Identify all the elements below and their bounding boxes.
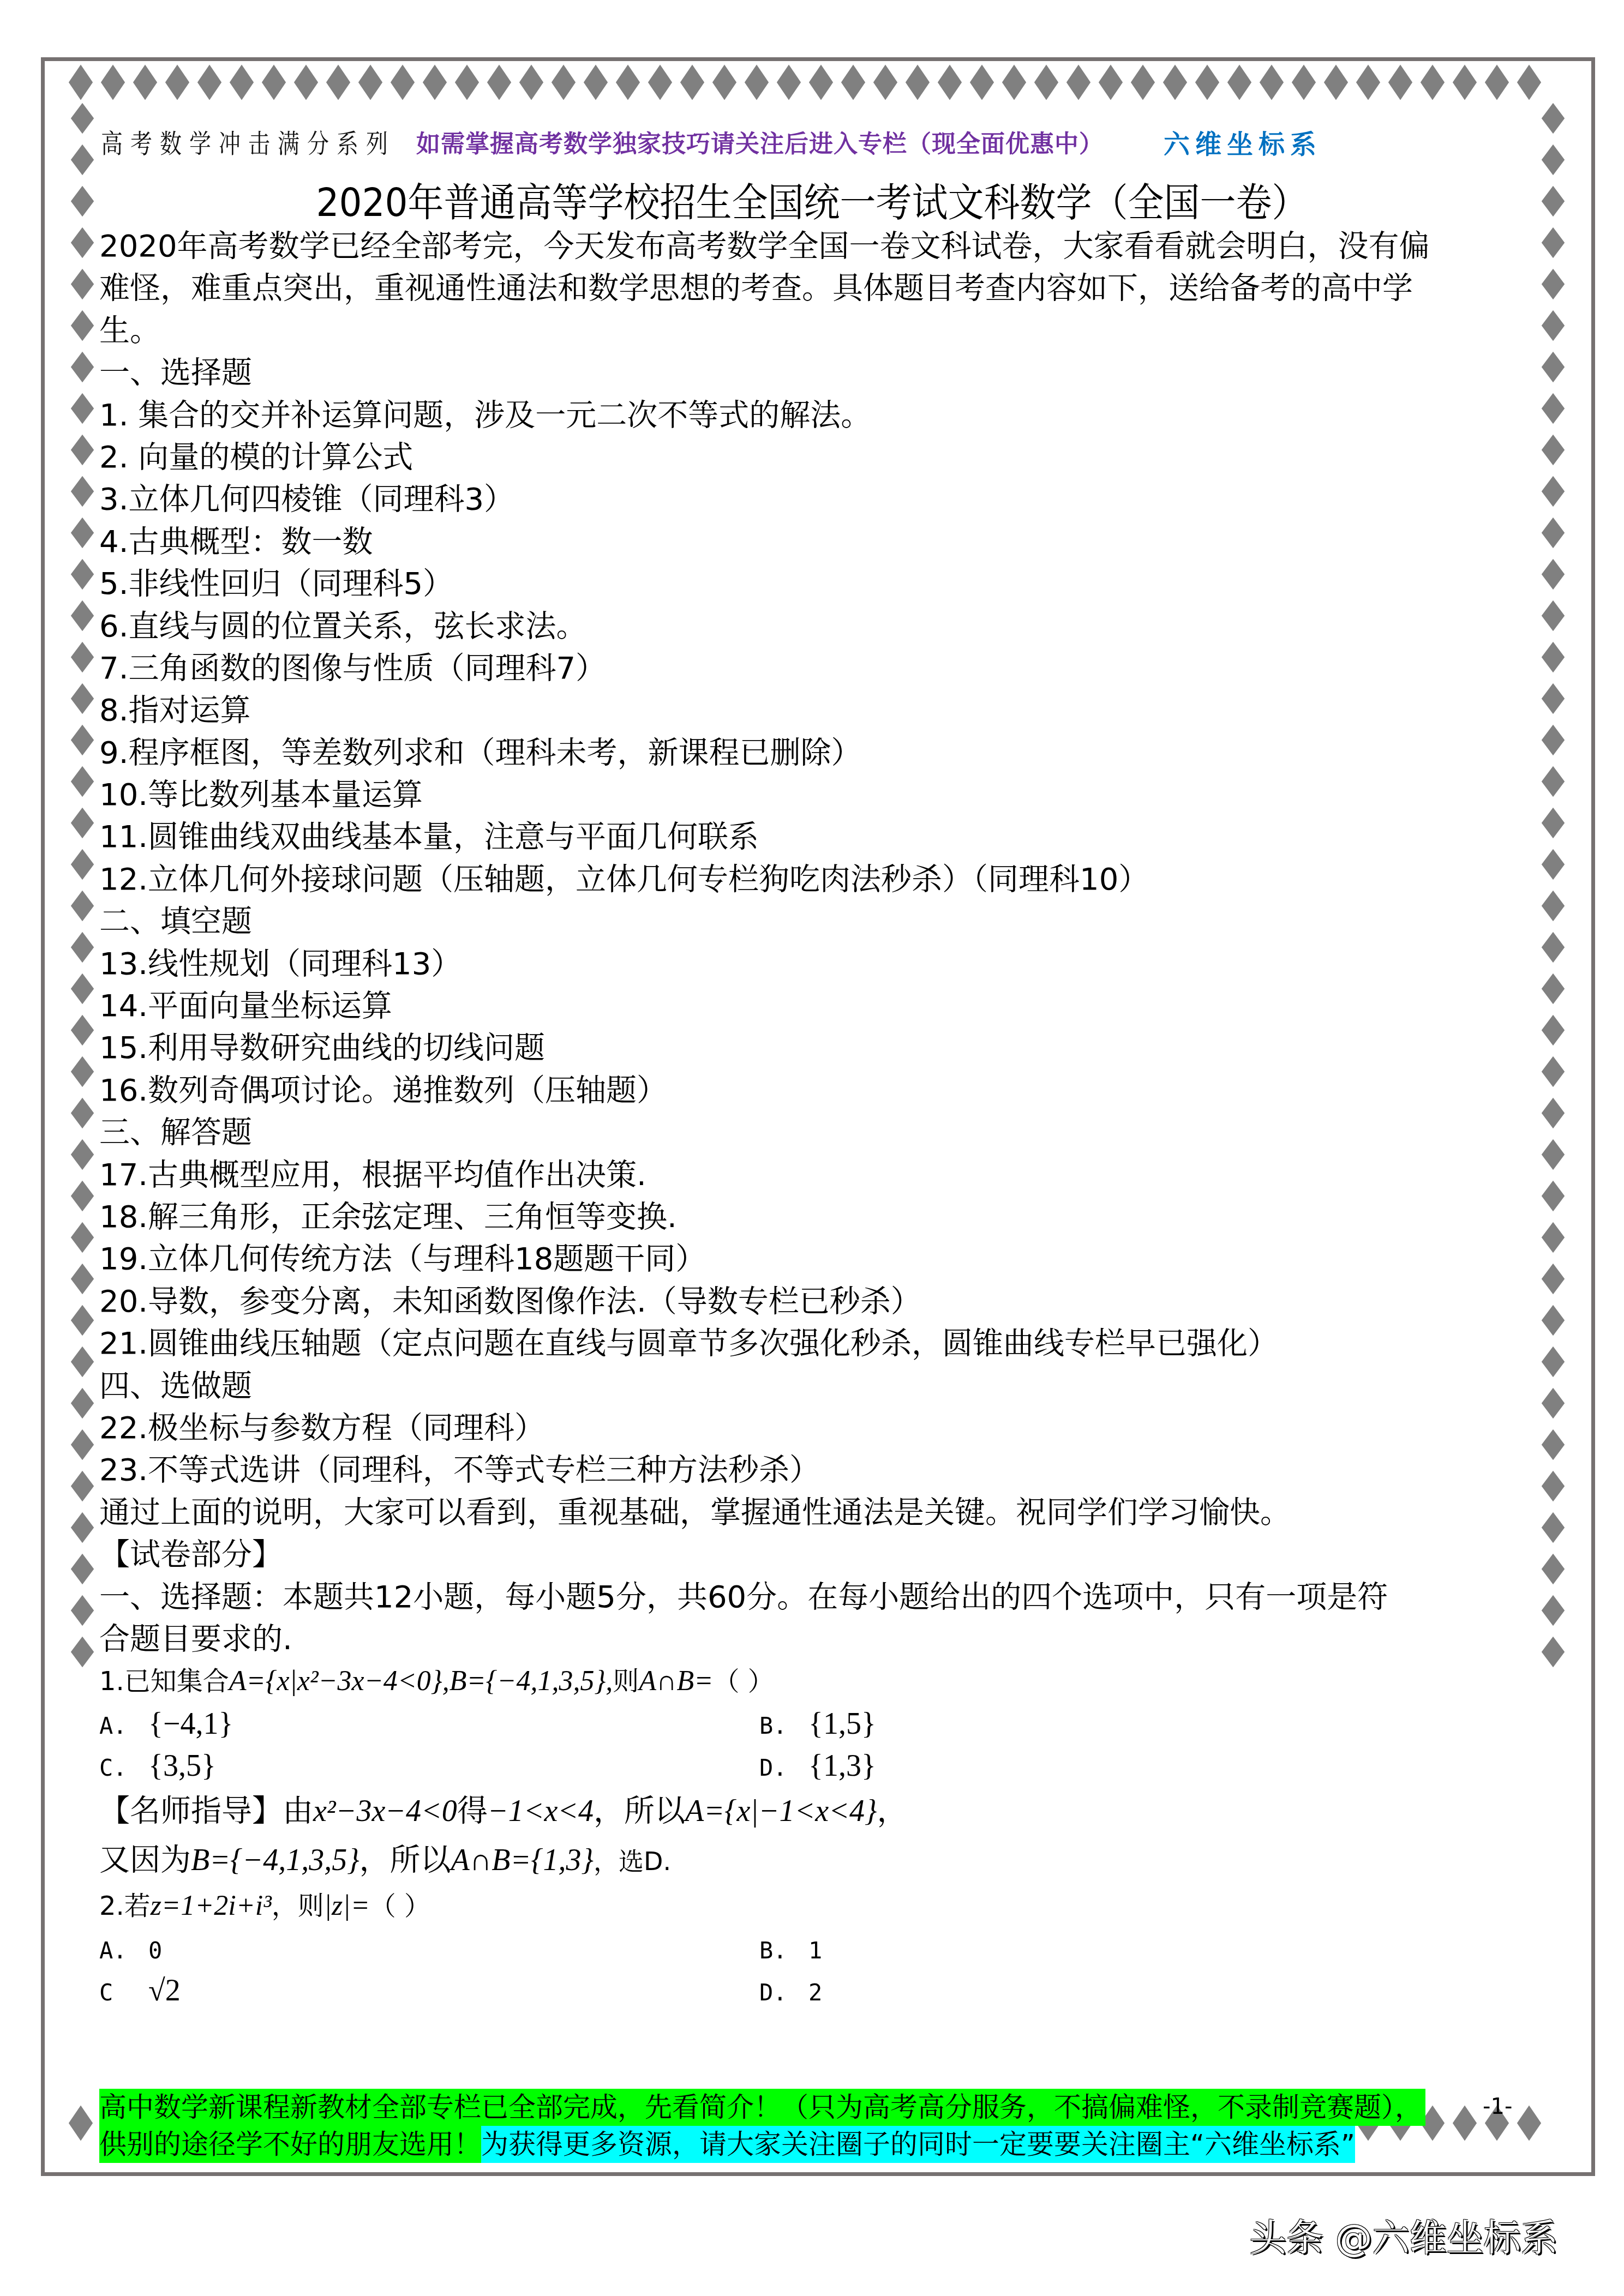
diamond-icon: [71, 227, 94, 259]
outline-heading: 一、选择题: [99, 352, 1529, 394]
diamond-icon: [197, 64, 221, 100]
outline-item: 18.解三角形，正余弦定理、三角恒等变换.: [99, 1196, 1529, 1238]
diamond-icon: [1542, 435, 1565, 466]
option-label: B.: [759, 1705, 808, 1747]
option-value: {3,5}: [148, 1749, 216, 1783]
document-title: 2020年普通高等学校招生全国统一考试文科数学（全国一卷）: [0, 171, 1624, 227]
diamond-icon: [1542, 1388, 1565, 1419]
diamond-icon: [777, 64, 801, 100]
guide-text: ，: [877, 1793, 907, 1829]
option-c[interactable]: C.{3,5}: [99, 1745, 216, 1789]
math-expression: |z|=: [324, 1890, 370, 1921]
promo-text: 如需掌握高考数学独家技巧请关注后进入专栏（现全面优惠中）: [416, 124, 1104, 159]
diamond-icon: [1227, 64, 1251, 100]
diamond-icon: [1542, 766, 1565, 797]
diamond-icon: [294, 64, 318, 100]
math-expression: A={x|x²−3x−4<0},B={−4,1,3,5},: [229, 1666, 613, 1697]
options-row: C.{3,5} D.{1,3}: [99, 1745, 1529, 1787]
diamond-icon: [1542, 310, 1565, 341]
outline-item: 8.指对运算: [99, 689, 1529, 731]
outline-heading: 三、解答题: [99, 1111, 1529, 1153]
diamond-icon: [1356, 64, 1380, 100]
diamond-icon: [1542, 393, 1565, 424]
footer-highlight-cyan: 为获得更多资源，请大家关注圈子的同时一定要要关注圈主“六维坐标系”: [481, 2126, 1355, 2163]
diamond-icon: [71, 103, 94, 134]
footer-highlight-green: 高中数学新课程新教材全部专栏已全部完成，先看简介！（只为高考高分服务，不搞偏难怪…: [99, 2089, 1425, 2126]
math-expression: A∩B=: [639, 1666, 713, 1697]
diamond-icon: [71, 1056, 94, 1087]
outline-item: 15.利用导数研究曲线的切线问题: [99, 1027, 1529, 1069]
outline-item: 6.直线与圆的位置关系，弦长求法。: [99, 605, 1529, 647]
option-label: A.: [99, 1705, 148, 1747]
footer-highlight-green: 供别的途径学不好的朋友选用！: [99, 2126, 481, 2163]
diamond-icon: [71, 559, 94, 590]
diamond-icon: [1542, 1512, 1565, 1543]
guide-text: 又因为: [99, 1842, 191, 1878]
diamond-icon: [71, 1595, 94, 1626]
diamond-icon: [71, 766, 94, 797]
option-label: C.: [99, 1747, 148, 1789]
question-text: ，则: [272, 1891, 324, 1921]
math-expression: B={−4,1,3,5}: [191, 1843, 359, 1877]
diamond-icon: [1066, 64, 1090, 100]
outline-item: 11.圆锥曲线双曲线基本量，注意与平面几何联系: [99, 816, 1529, 858]
diamond-icon: [1542, 1264, 1565, 1295]
diamond-icon: [262, 64, 286, 100]
diamond-icon: [71, 1388, 94, 1419]
outline-item: 7.三角函数的图像与性质（同理科7）: [99, 647, 1529, 689]
diamond-icon: [648, 64, 672, 100]
diamond-icon: [71, 725, 94, 756]
outline-item: 5.非线性回归（同理科5）: [99, 563, 1529, 605]
promo-footer: 高中数学新课程新教材全部专栏已全部完成，先看简介！（只为高考高分服务，不搞偏难怪…: [99, 2089, 1425, 2163]
outline-item: 9.程序框图，等差数列求和（理科未考，新课程已删除）: [99, 732, 1529, 774]
diamond-icon: [71, 269, 94, 300]
guide-text: 得: [457, 1793, 488, 1829]
diamond-icon: [101, 64, 125, 100]
option-c[interactable]: C√2: [99, 1969, 181, 2013]
diamond-icon: [1099, 64, 1123, 100]
diamond-icon: [1542, 600, 1565, 632]
diamond-icon: [1542, 642, 1565, 673]
diamond-icon: [1292, 64, 1316, 100]
diamond-icon: [1517, 64, 1541, 100]
diamond-icon: [71, 352, 94, 383]
option-label: C: [99, 1972, 148, 2013]
diamond-icon: [71, 1471, 94, 1502]
diamond-icon: [71, 642, 94, 673]
diamond-icon: [455, 64, 479, 100]
guide-text: ，所以: [359, 1842, 451, 1878]
option-value: 1: [808, 1930, 858, 1972]
diamond-icon: [1542, 559, 1565, 590]
diamond-icon: [69, 64, 93, 100]
diamond-icon: [71, 1305, 94, 1336]
question-text: 2.若: [99, 1891, 151, 1921]
option-d[interactable]: D.2: [759, 1969, 858, 2013]
diamond-icon: [1542, 1347, 1565, 1378]
diamond-icon: [519, 64, 543, 100]
diamond-icon: [1195, 64, 1219, 100]
option-value: {1,3}: [808, 1749, 876, 1783]
diamond-icon: [1485, 64, 1509, 100]
outline-item: 1. 集合的交并补运算问题，涉及一元二次不等式的解法。: [99, 394, 1529, 436]
diamond-icon: [1542, 1222, 1565, 1253]
math-expression: −1<x<4: [488, 1794, 594, 1828]
outline-item: 17.古典概型应用，根据平均值作出决策.: [99, 1154, 1529, 1196]
diamond-icon: [873, 64, 897, 100]
diamond-icon: [1542, 1554, 1565, 1585]
answer-blank: （ ）: [370, 1891, 430, 1921]
outline-heading: 二、填空题: [99, 900, 1529, 942]
diamond-icon: [71, 849, 94, 880]
option-value: 0: [148, 1930, 197, 1972]
diamond-icon: [970, 64, 994, 100]
question-2: 2.若z=1+2i+i³，则|z|=（ ）: [99, 1885, 1529, 1927]
diamond-icon: [1002, 64, 1026, 100]
diamond-icon: [1542, 518, 1565, 549]
diamond-icon: [71, 1347, 94, 1378]
diamond-icon: [1542, 808, 1565, 839]
diamond-icon: [71, 600, 94, 632]
option-label: D.: [759, 1972, 808, 2013]
outline-item: 20.导数，参变分离，未知函数图像作法.（导数专栏已秒杀）: [99, 1281, 1529, 1323]
diamond-icon: [1453, 2105, 1477, 2141]
diamond-icon: [71, 1181, 94, 1212]
diamond-icon: [906, 64, 930, 100]
diamond-icon: [326, 64, 350, 100]
diamond-icon: [1542, 1429, 1565, 1460]
diamond-icon: [1421, 64, 1445, 100]
option-value: √2: [148, 1974, 181, 2008]
option-label: D.: [759, 1747, 808, 1789]
diamond-icon: [71, 518, 94, 549]
diamond-icon: [1542, 1471, 1565, 1502]
option-d[interactable]: D.{1,3}: [759, 1745, 876, 1789]
diamond-icon: [552, 64, 576, 100]
guide-label: 【名师指导】: [99, 1793, 283, 1829]
outline-item: 22.极坐标与参数方程（同理科）: [99, 1407, 1529, 1449]
diamond-icon: [1542, 1098, 1565, 1129]
outline-item: 10.等比数列基本量运算: [99, 774, 1529, 816]
option-value: {1,5}: [808, 1707, 876, 1741]
diamond-border-right: [1542, 104, 1564, 1667]
math-expression: x²−3x−4<0: [313, 1794, 457, 1828]
diamond-icon: [71, 1222, 94, 1253]
diamond-border-left: [71, 104, 93, 1667]
document-body: 2020年高考数学已经全部考完，今天发布高考数学全国一卷文科试卷，大家看看就会明…: [99, 225, 1529, 2012]
exam-instructions: 一、选择题：本题共12小题，每小题5分，共60分。在每小题给出的四个选项中，只有…: [99, 1576, 1529, 1618]
diamond-icon: [1542, 1637, 1565, 1668]
option-b[interactable]: B.{1,5}: [759, 1703, 876, 1747]
option-a[interactable]: A.0: [99, 1927, 197, 1972]
diamond-icon: [1542, 103, 1565, 134]
option-value: {−4,1}: [148, 1707, 233, 1741]
diamond-icon: [745, 64, 769, 100]
option-b[interactable]: B.1: [759, 1927, 858, 1972]
watermark: 头条 @六维坐标系: [1249, 2209, 1558, 2262]
diamond-icon: [1034, 64, 1058, 100]
diamond-icon: [1542, 352, 1565, 383]
exam-section-label: 【试卷部分】: [99, 1534, 1529, 1576]
diamond-icon: [71, 1637, 94, 1668]
diamond-icon: [1260, 64, 1284, 100]
question-1: 1.已知集合A={x|x²−3x−4<0},B={−4,1,3,5},则A∩B=…: [99, 1660, 1529, 1702]
diamond-icon: [71, 1139, 94, 1170]
outline-item: 2. 向量的模的计算公式: [99, 436, 1529, 478]
diamond-icon: [809, 64, 833, 100]
diamond-icon: [71, 393, 94, 424]
intro-line: 生。: [99, 310, 1529, 352]
diamond-icon: [1163, 64, 1187, 100]
outline-item: 21.圆锥曲线压轴题（定点问题在直线与圆章节多次强化秒杀，圆锥曲线专栏早已强化）: [99, 1323, 1529, 1365]
guide-text: ，选D.: [594, 1847, 671, 1876]
diamond-icon: [71, 808, 94, 839]
series-label: 高考数学冲击满分系列: [101, 123, 395, 160]
diamond-icon: [71, 1098, 94, 1129]
diamond-icon: [71, 1554, 94, 1585]
answer-blank: （ ）: [713, 1666, 774, 1697]
diamond-icon: [487, 64, 511, 100]
guide-text: 由: [283, 1793, 313, 1829]
diamond-icon: [712, 64, 736, 100]
intro-line: 2020年高考数学已经全部考完，今天发布高考数学全国一卷文科试卷，大家看看就会明…: [99, 225, 1529, 267]
outline-item: 13.线性规划（同理科13）: [99, 943, 1529, 985]
diamond-icon: [391, 64, 415, 100]
question-text: 1.已知集合: [99, 1666, 229, 1697]
diamond-icon: [1542, 269, 1565, 300]
diamond-icon: [1131, 64, 1155, 100]
diamond-icon: [71, 310, 94, 341]
math-expression: A∩B={1,3}: [451, 1843, 594, 1877]
outline-item: 3.立体几何四棱锥（同理科3）: [99, 478, 1529, 520]
diamond-icon: [1542, 476, 1565, 507]
diamond-icon: [69, 2105, 93, 2141]
diamond-icon: [1453, 64, 1477, 100]
exam-instructions: 合题目要求的.: [99, 1618, 1529, 1660]
diamond-icon: [1542, 1305, 1565, 1336]
diamond-icon: [71, 145, 94, 176]
outline-item: 19.立体几何传统方法（与理科18题题干同）: [99, 1238, 1529, 1280]
diamond-icon: [1542, 1139, 1565, 1170]
summary-text: 通过上面的说明，大家可以看到，重视基础，掌握通性通法是关键。祝同学们学习愉快。: [99, 1492, 1529, 1534]
diamond-icon: [1388, 64, 1412, 100]
teacher-guide: 【名师指导】由x²−3x−4<0得−1<x<4，所以A={x|−1<x<4}，: [99, 1787, 1529, 1836]
diamond-icon: [1517, 2105, 1541, 2141]
diamond-icon: [423, 64, 447, 100]
diamond-icon: [1542, 849, 1565, 880]
diamond-icon: [680, 64, 704, 100]
diamond-icon: [71, 476, 94, 507]
diamond-icon: [71, 1264, 94, 1295]
diamond-icon: [584, 64, 608, 100]
guide-text: ，所以: [594, 1793, 685, 1829]
options-row: A.{−4,1} B.{1,5}: [99, 1703, 1529, 1745]
option-value: 2: [808, 1972, 858, 2013]
math-expression: A={x|−1<x<4}: [685, 1794, 877, 1828]
option-a[interactable]: A.{−4,1}: [99, 1703, 233, 1747]
math-expression: z=1+2i+i³: [151, 1890, 272, 1921]
diamond-icon: [133, 64, 157, 100]
diamond-icon: [616, 64, 640, 100]
question-text: 则: [613, 1666, 639, 1697]
options-row: A.0 B.1: [99, 1927, 1529, 1969]
diamond-icon: [1542, 1015, 1565, 1046]
diamond-icon: [1542, 891, 1565, 922]
diamond-icon: [841, 64, 865, 100]
diamond-icon: [230, 64, 254, 100]
options-row: C√2 D.2: [99, 1969, 1529, 2011]
diamond-icon: [1542, 145, 1565, 176]
brand-name: 六维坐标系: [1164, 123, 1322, 161]
diamond-icon: [71, 435, 94, 466]
diamond-icon: [1542, 1056, 1565, 1087]
diamond-icon: [358, 64, 382, 100]
outline-item: 4.古典概型：数一数: [99, 521, 1529, 563]
intro-line: 难怪，难重点突出，重视通性通法和数学思想的考查。具体题目考查内容如下，送给备考的…: [99, 267, 1529, 309]
outline-item: 23.不等式选讲（同理科，不等式专栏三种方法秒杀）: [99, 1449, 1529, 1491]
page-header: 高考数学冲击满分系列 如需掌握高考数学独家技巧请关注后进入专栏（现全面优惠中） …: [101, 123, 1322, 161]
diamond-icon: [71, 891, 94, 922]
option-label: B.: [759, 1930, 808, 1972]
diamond-icon: [1542, 725, 1565, 756]
diamond-icon: [71, 1429, 94, 1460]
diamond-icon: [1542, 932, 1565, 963]
teacher-guide: 又因为B={−4,1,3,5}，所以A∩B={1,3}，选D.: [99, 1836, 1529, 1885]
diamond-icon: [71, 973, 94, 1005]
diamond-icon: [1542, 1181, 1565, 1212]
diamond-icon: [1542, 683, 1565, 714]
diamond-icon: [1542, 227, 1565, 259]
page-number: -1-: [1483, 2094, 1512, 2119]
diamond-icon: [71, 1015, 94, 1046]
diamond-icon: [71, 932, 94, 963]
outline-item: 12.立体几何外接球问题（压轴题，立体几何专栏狗吃肉法秒杀）（同理科10）: [99, 858, 1529, 900]
diamond-border-top: [68, 70, 1542, 95]
option-label: A.: [99, 1930, 148, 1972]
outline-heading: 四、选做题: [99, 1365, 1529, 1407]
diamond-icon: [938, 64, 962, 100]
outline-item: 16.数列奇偶项讨论。递推数列（压轴题）: [99, 1069, 1529, 1111]
diamond-icon: [1542, 1595, 1565, 1626]
diamond-icon: [1324, 64, 1348, 100]
outline-item: 14.平面向量坐标运算: [99, 985, 1529, 1027]
diamond-icon: [165, 64, 189, 100]
diamond-icon: [1542, 973, 1565, 1005]
diamond-icon: [71, 1512, 94, 1543]
diamond-icon: [71, 683, 94, 714]
